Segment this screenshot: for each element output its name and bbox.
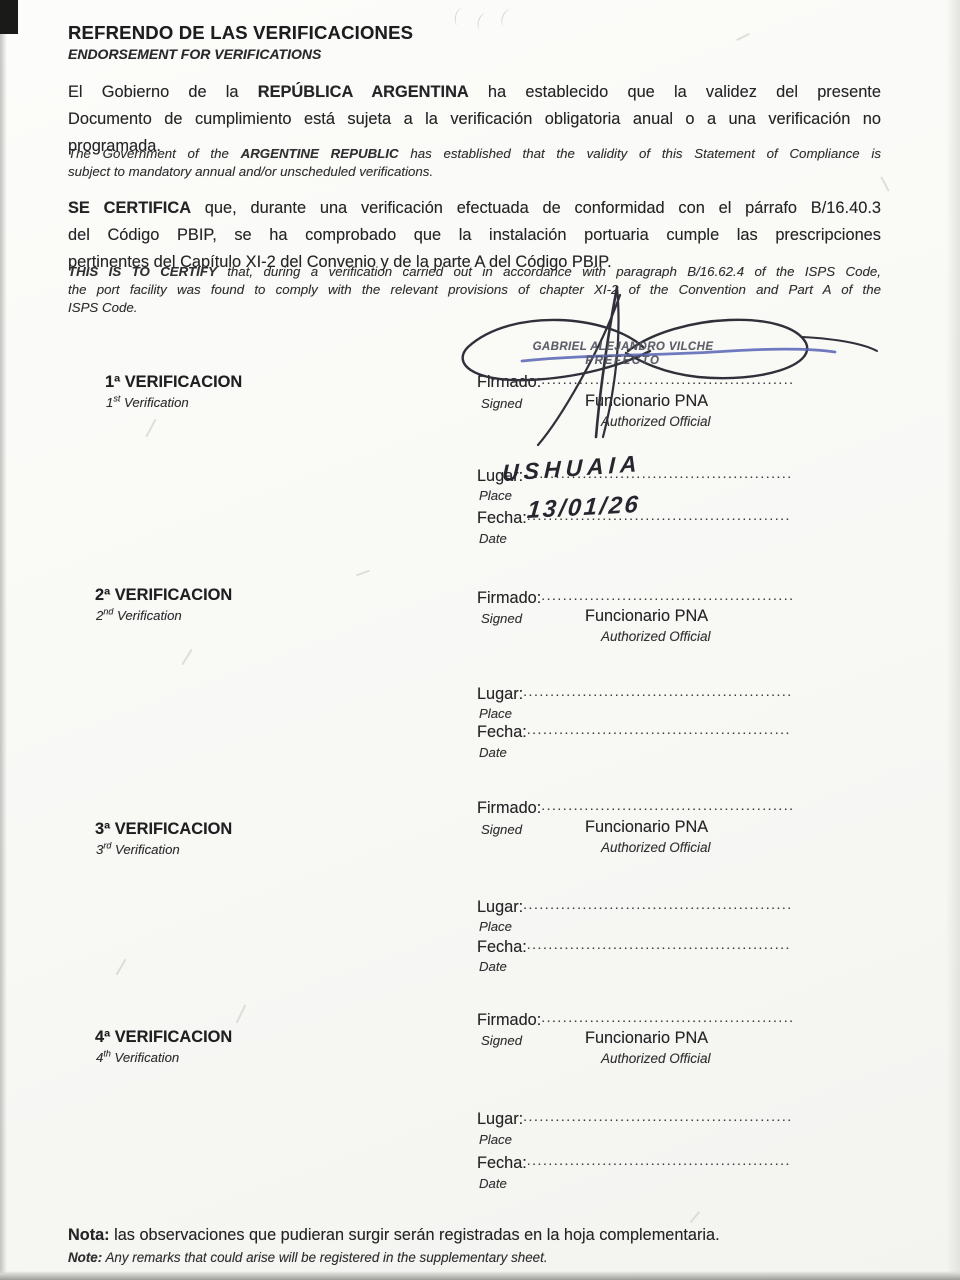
text-segment: Any remarks that could arise will be reg…	[102, 1250, 547, 1265]
firmado-label: Firmado:	[477, 589, 541, 607]
scan-artifact	[880, 176, 889, 191]
scan-artifact	[145, 419, 156, 438]
verification-3-title: 3ª VERIFICACION	[95, 820, 232, 839]
dotted-line: ........................................…	[541, 798, 793, 814]
verification-1-title: 1ª VERIFICACION	[105, 373, 242, 392]
nota-en: Note: Any remarks that could arise will …	[68, 1250, 548, 1265]
text-segment: las observaciones que pudieran surgir se…	[110, 1226, 720, 1244]
fecha-label: Fecha:	[477, 938, 527, 956]
place-label: Place	[479, 488, 512, 503]
scan-artifact	[116, 959, 127, 976]
scan-artifact	[475, 12, 491, 33]
official-title: Funcionario PNA	[585, 607, 708, 626]
verification-2-title: 2ª VERIFICACION	[95, 586, 232, 605]
stamp-officer-name: GABRIEL ALEJANDRO VILCHE	[503, 341, 743, 353]
dotted-line: ........................................…	[523, 684, 791, 700]
ordinal-suffix: nd	[103, 607, 113, 617]
date-line: Fecha:..................................…	[477, 936, 789, 957]
scan-artifact	[356, 570, 370, 577]
signed-label: Signed	[481, 396, 522, 411]
text-segment: El Gobierno de la	[68, 83, 258, 101]
scan-edge-right	[946, 0, 960, 1280]
dotted-line: ........................................…	[541, 1010, 793, 1026]
dotted-line: ........................................…	[523, 1109, 791, 1125]
ordinal-suffix: th	[103, 1049, 111, 1059]
country-name-es: REPÚBLICA ARGENTINA	[258, 83, 469, 101]
firmado-label: Firmado:	[477, 373, 541, 391]
official-title: Funcionario PNA	[585, 818, 708, 837]
scan-artifact	[736, 33, 749, 41]
date-line: Fecha:..................................…	[477, 1152, 789, 1173]
place-line: Lugar:..................................…	[477, 683, 791, 704]
scan-artifact	[690, 1211, 701, 1223]
text-segment: that, during a verification carried out …	[217, 264, 881, 279]
scan-edge-bottom	[0, 1271, 960, 1280]
paragraph-certify-en: THIS IS TO CERTIFY that, during a verifi…	[68, 263, 881, 318]
place-line: Lugar:..................................…	[477, 896, 791, 917]
scan-corner-mark	[0, 0, 18, 34]
place-label: Place	[479, 1132, 512, 1147]
paragraph-validity-en-line1: The Government of the ARGENTINE REPUBLIC…	[68, 145, 881, 163]
paragraph-validity-en-line2: subject to mandatory annual and/or unsch…	[68, 163, 881, 181]
nota-lead-es: Nota:	[68, 1226, 110, 1244]
signed-label: Signed	[481, 611, 522, 626]
place-label: Place	[479, 706, 512, 721]
official-title: Funcionario PNA	[585, 1029, 708, 1048]
authorized-official-label: Authorized Official	[601, 1051, 711, 1066]
authorized-official-label: Authorized Official	[601, 629, 711, 644]
scan-edge-left	[0, 0, 7, 1280]
verification-4-subtitle: 4th Verification	[96, 1050, 179, 1065]
verification-4-title: 4ª VERIFICACION	[95, 1028, 232, 1047]
nota-lead-en: Note:	[68, 1250, 102, 1265]
text-segment: The Government of the	[68, 146, 241, 161]
paragraph-validity-en: The Government of the ARGENTINE REPUBLIC…	[68, 145, 881, 180]
signature-line: Firmado:................................…	[477, 1009, 793, 1030]
scan-artifact	[453, 7, 468, 27]
paragraph-certify-en-line2: the port facility was found to comply wi…	[68, 281, 881, 299]
lugar-label: Lugar:	[477, 685, 523, 703]
text-segment: has established that the validity of thi…	[399, 146, 881, 161]
ordinal-word: Verification	[113, 608, 181, 623]
page-title: REFRENDO DE LAS VERIFICACIONES	[68, 22, 413, 44]
lugar-label: Lugar:	[477, 898, 523, 916]
scan-artifact	[236, 1005, 247, 1024]
date-label: Date	[479, 531, 507, 546]
paragraph-certify-en-line1: THIS IS TO CERTIFY that, during a verifi…	[68, 263, 881, 281]
date-line: Fecha:..................................…	[477, 721, 789, 742]
nota-es: Nota: las observaciones que pudieran sur…	[68, 1226, 720, 1245]
paragraph-certify-es-line2: del Código PBIP, se ha comprobado que la…	[68, 222, 881, 249]
signature-tail-stroke	[802, 337, 877, 351]
scanned-document-page: REFRENDO DE LAS VERIFICACIONES ENDORSEME…	[0, 0, 960, 1280]
authorized-official-label: Authorized Official	[601, 414, 711, 429]
signed-label: Signed	[481, 1033, 522, 1048]
paragraph-validity-es-line1: El Gobierno de la REPÚBLICA ARGENTINA ha…	[68, 79, 881, 106]
fecha-label: Fecha:	[477, 723, 527, 741]
fecha-label: Fecha:	[477, 509, 527, 527]
date-label: Date	[479, 1176, 507, 1191]
paragraph-certify-en-line3: ISPS Code.	[68, 299, 881, 317]
firmado-label: Firmado:	[477, 1011, 541, 1029]
ordinal-word: Verification	[111, 842, 179, 857]
signed-label: Signed	[481, 822, 522, 837]
date-label: Date	[479, 745, 507, 760]
dotted-line: ........................................…	[523, 897, 791, 913]
date-label: Date	[479, 959, 507, 974]
verification-3-subtitle: 3rd Verification	[96, 842, 180, 857]
text-segment: que, durante una verificación efectuada …	[191, 199, 881, 217]
dotted-line: ........................................…	[541, 372, 793, 388]
text-segment: ha establecido que la validez del presen…	[469, 83, 881, 101]
verification-1-subtitle: 1st Verification	[106, 395, 189, 410]
fecha-label: Fecha:	[477, 1154, 527, 1172]
paragraph-validity-es-line2: Documento de cumplimiento está sujeta a …	[68, 106, 881, 133]
authorized-official-label: Authorized Official	[601, 840, 711, 855]
dotted-line: ........................................…	[541, 588, 793, 604]
paragraph-certify-es-line1: SE CERTIFICA que, durante una verificaci…	[68, 195, 881, 222]
signature-line: Firmado:................................…	[477, 797, 793, 818]
signature-line: Firmado:................................…	[477, 371, 793, 392]
stamp-officer-rank: PREFECTO	[503, 355, 743, 367]
ordinal-word: Verification	[111, 1050, 179, 1065]
official-title: Funcionario PNA	[585, 392, 708, 411]
certify-lead-es: SE CERTIFICA	[68, 199, 191, 217]
verification-2-subtitle: 2nd Verification	[96, 608, 182, 623]
scan-artifact	[499, 8, 516, 29]
scan-artifact	[181, 649, 192, 665]
place-line: Lugar:..................................…	[477, 1108, 791, 1129]
ordinal-word: Verification	[120, 395, 188, 410]
certify-lead-en: THIS IS TO CERTIFY	[68, 264, 217, 279]
place-label: Place	[479, 919, 512, 934]
lugar-label: Lugar:	[477, 1110, 523, 1128]
signature-line: Firmado:................................…	[477, 587, 793, 608]
dotted-line: ........................................…	[527, 722, 789, 738]
dotted-line: ........................................…	[527, 937, 789, 953]
page-subtitle: ENDORSEMENT FOR VERIFICATIONS	[68, 46, 321, 62]
country-name-en: ARGENTINE REPUBLIC	[241, 146, 399, 161]
dotted-line: ........................................…	[527, 1153, 789, 1169]
firmado-label: Firmado:	[477, 799, 541, 817]
